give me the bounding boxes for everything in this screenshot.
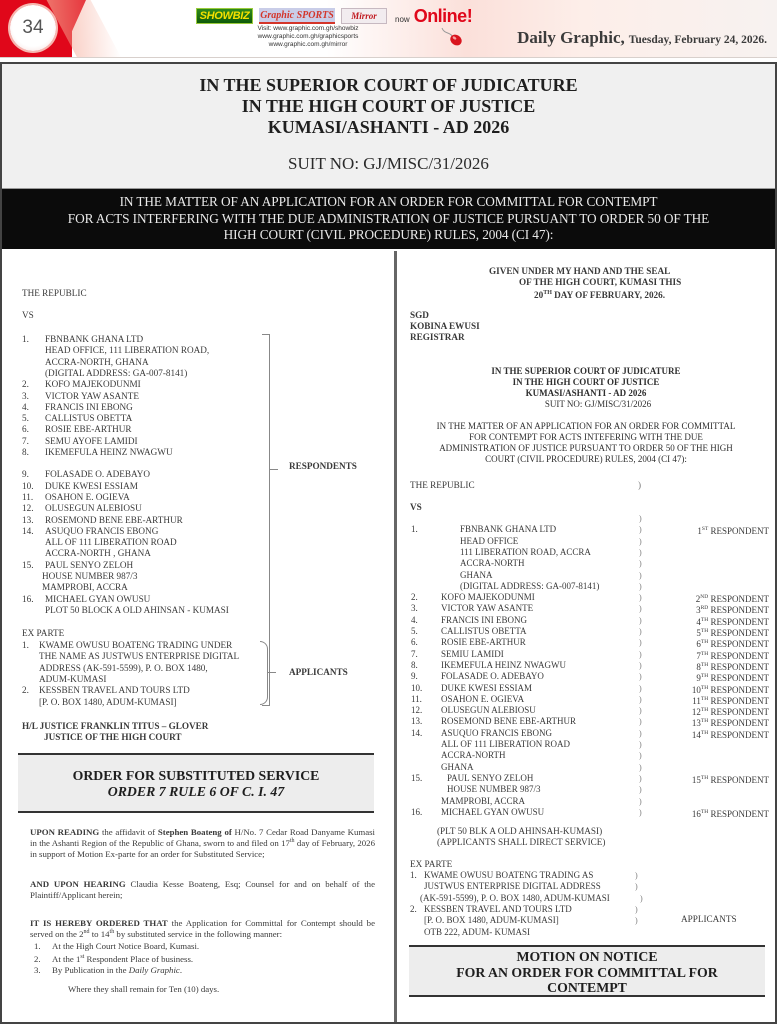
applicants-bracket [260, 641, 268, 705]
r-respondent-row: ) [411, 513, 775, 524]
r-respondent-row: GHANA) [411, 762, 775, 773]
respondent-text: ACCRA-NORTH, GHANA [45, 357, 149, 367]
respondent-line: 16.MICHAEL GYAN OWUSU [22, 594, 150, 605]
r-bracket: ) [639, 592, 642, 603]
upon-reading-lead: UPON READING [30, 827, 99, 837]
computer-mouse-icon [440, 24, 464, 48]
r-respondent-row: 7.SEMIU LAMIDI)7TH RESPONDENT [411, 649, 775, 660]
respondent-text: OLUSEGUN ALEBIOSU [45, 503, 142, 513]
judge-name: H/L JUSTICE FRANKLIN TITUS – GLOVER [22, 721, 208, 732]
r-bracket: ) [639, 637, 642, 648]
r-respondent-text: ASUQUO FRANCIS EBONG [441, 728, 552, 739]
item-number: 13. [22, 515, 45, 526]
r-suit-number: SUIT NO: GJ/MISC/31/2026 [397, 399, 775, 410]
court-line-superior: IN THE SUPERIOR COURT OF JUDICATURE [2, 75, 775, 96]
given-line-3: 20TH DAY OF FEBRUARY, 2026. [534, 288, 665, 301]
sister-publication-logos: SHOWBIZ Graphic SPORTS Mirror now Online… [196, 7, 472, 25]
applicant-line: [P. O. BOX 1480, ADUM-KUMASI] [22, 697, 177, 708]
motion-column: GIVEN UNDER MY HAND AND THE SEAL OF THE … [397, 251, 775, 1022]
given-day: 20 [534, 290, 543, 300]
r-bracket: ) [639, 660, 642, 671]
item-text: By Publication in the [52, 965, 129, 975]
respondent-text: VICTOR YAW ASANTE [45, 391, 139, 401]
service-item: 2.At the 1st Respondent Place of busines… [34, 952, 199, 965]
item-number: 2. [22, 685, 39, 696]
r-respondent-text: FBNBANK GHANA LTD [460, 524, 556, 535]
r-bracket: ) [639, 558, 642, 569]
respondent-line: 2.KOFO MAJEKODUNMI [22, 379, 141, 390]
suit-number: SUIT NO: GJ/MISC/31/2026 [2, 154, 775, 174]
motion-line: MOTION ON NOTICE [409, 949, 765, 965]
court-line-location: KUMASI/ASHANTI - AD 2026 [2, 117, 775, 138]
respondent-text: HOUSE NUMBER 987/3 [42, 571, 137, 581]
item-number: 7. [411, 649, 418, 660]
registrar-title: REGISTRAR [410, 332, 465, 343]
respondent-text: HEAD OFFICE, 111 LIBERATION ROAD, [45, 345, 209, 355]
matter-line: IN THE MATTER OF AN APPLICATION FOR AN O… [2, 194, 775, 211]
r-applicant-text: (AK-591-5599), P. O. BOX 1480, ADUM-KUMA… [420, 893, 610, 904]
respondent-text: CALLISTUS OBETTA [45, 413, 132, 423]
role-number: 16 [692, 809, 701, 819]
item-number: 4. [22, 402, 45, 413]
registrar-name: KOBINA EWUSI [410, 321, 480, 332]
r-respondent-text: HEAD OFFICE [460, 536, 518, 547]
item-number: 16. [22, 594, 45, 605]
r-respondent-text: PAUL SENYO ZELOH [447, 773, 533, 784]
r-bracket: ) [639, 762, 642, 773]
item-number: 10. [22, 481, 45, 492]
item-number: 2. [22, 379, 45, 390]
r-court-line: IN THE HIGH COURT OF JUSTICE [397, 377, 775, 388]
item-number: 15. [411, 773, 422, 784]
respondent-text: OSAHON E. OGIEVA [45, 492, 130, 502]
respondent-text: KOFO MAJEKODUNMI [45, 379, 141, 389]
applicant-text: ADDRESS (AK-591-5599), P. O. BOX 1480, [39, 663, 208, 673]
item-number: 11. [22, 492, 45, 503]
applicant-line: ADUM-KUMASI [22, 674, 106, 685]
r-bracket: ) [635, 870, 638, 881]
item-number: 12. [22, 503, 45, 514]
r-applicant-row: 1.KWAME OWUSU BOATENG TRADING AS) [410, 870, 775, 881]
r-bracket: ) [639, 694, 642, 705]
item-number: 9. [22, 469, 45, 480]
respondent-line: (DIGITAL ADDRESS: GA-007-8141) [22, 368, 187, 379]
item-text: Respondent Place of business. [84, 954, 193, 964]
applicant-text: KESSBEN TRAVEL AND TOURS LTD [39, 685, 190, 695]
matter-line: FOR ACTS INTERFERING WITH THE DUE ADMINI… [2, 211, 775, 228]
r-applicant-row: JUSTWUS ENTERPRISE DIGITAL ADDRESS) [410, 881, 775, 892]
r-bracket: ) [635, 904, 638, 915]
item-number: 5. [22, 413, 45, 424]
r-respondent-row: (DIGITAL ADDRESS: GA-007-8141)) [411, 581, 775, 592]
r-applicant-text: KWAME OWUSU BOATENG TRADING AS [424, 870, 593, 881]
graphic-sports-logo: Graphic SPORTS [259, 8, 335, 24]
r-respondent-row: ALL OF 111 LIBERATION ROAD) [411, 739, 775, 750]
item-number: 6. [22, 424, 45, 435]
r-bracket: ) [639, 547, 642, 558]
item-number: 1. [22, 334, 45, 345]
respondent-text: FRANCIS INI EBONG [45, 402, 133, 412]
given-month-year: DAY OF FEBRUARY, 2026. [552, 290, 665, 300]
item-number: 5. [411, 626, 418, 637]
r-respondent-row: 15.PAUL SENYO ZELOH)15TH RESPONDENT [411, 773, 775, 784]
applicant-line: 1.KWAME OWUSU BOATENG TRADING UNDER [22, 640, 232, 651]
r-bracket: ) [639, 705, 642, 716]
item-number: 3. [411, 603, 418, 614]
r-respondent-row: ACCRA-NORTH) [411, 750, 775, 761]
r-respondent-text: ACCRA-NORTH [441, 750, 505, 761]
applicant-line: 2.KESSBEN TRAVEL AND TOURS LTD [22, 685, 190, 696]
item-number: 14. [22, 526, 45, 537]
r-bracket: ) [639, 716, 642, 727]
respondent-line: ACCRA-NORTH , GHANA [22, 548, 151, 559]
r-bracket: ) [639, 796, 642, 807]
applicants-label: APPLICANTS [289, 667, 348, 678]
respondent-line: 11.OSAHON E. OGIEVA [22, 492, 130, 503]
respondents-label: RESPONDENTS [289, 461, 357, 472]
item-number: 11. [411, 694, 422, 705]
r-bracket: ) [640, 893, 643, 904]
item-number: 8. [411, 660, 418, 671]
r-matter-line: ADMINISTRATION OF JUSTICE PURSUANT TO OR… [397, 443, 775, 454]
order-heading: ORDER FOR SUBSTITUTED SERVICE ORDER 7 RU… [18, 753, 374, 813]
item-number: 12. [411, 705, 422, 716]
page-number: 34 [10, 5, 56, 51]
respondent-text: FOLASADE O. ADEBAYO [45, 469, 150, 479]
item-number: 1. [410, 870, 417, 881]
r-respondent-row: 3.VICTOR YAW ASANTE)3RD RESPONDENT [411, 603, 775, 614]
respondent-text: ROSEMOND BENE EBE-ARTHUR [45, 515, 183, 525]
respondent-line: 3.VICTOR YAW ASANTE [22, 391, 139, 402]
newspaper-masthead: 34 SHOWBIZ Graphic SPORTS Mirror now Onl… [0, 0, 777, 58]
paper-title-date: Daily Graphic, Tuesday, February 24, 202… [517, 28, 767, 48]
r-court-line: KUMASI/ASHANTI - AD 2026 [397, 388, 775, 399]
r-bracket: ) [639, 581, 642, 592]
r-respondent-row: 5.CALLISTUS OBETTA)5TH RESPONDENT [411, 626, 775, 637]
r-bracket: ) [639, 570, 642, 581]
mirror-logo: Mirror [341, 8, 387, 24]
r-respondent-text: GHANA [460, 570, 493, 581]
item-number: 6. [411, 637, 418, 648]
item-number: 3. [22, 391, 45, 402]
text-run: to 14 [90, 929, 110, 939]
item-number: 13. [411, 716, 422, 727]
given-line-2: OF THE HIGH COURT, KUMASI THIS [519, 277, 681, 288]
r-respondent-row: 111 LIBERATION ROAD, ACCRA) [411, 547, 775, 558]
r-respondent-row: 4.FRANCIS INI EBONG)4TH RESPONDENT [411, 615, 775, 626]
r-respondent-text: OSAHON E. OGIEVA [441, 694, 524, 705]
order-column: THE REPUBLIC VS 1.FBNBANK GHANA LTDHEAD … [2, 251, 394, 1022]
r-ex-parte-label: EX PARTE [410, 859, 452, 870]
r-bracket: ) [638, 480, 641, 491]
r-respondent-text: FOLASADE O. ADEBAYO [441, 671, 544, 682]
respondent-line: 5.CALLISTUS OBETTA [22, 413, 132, 424]
respondent-text: (DIGITAL ADDRESS: GA-007-8141) [45, 368, 187, 378]
order-title: ORDER FOR SUBSTITUTED SERVICE [18, 768, 374, 784]
r-bracket: ) [639, 513, 642, 524]
given-line-1: GIVEN UNDER MY HAND AND THE SEAL [489, 266, 670, 277]
r-respondent-row: 12.OLUSEGUN ALEBIOSU)12TH RESPONDENT [411, 705, 775, 716]
r-respondent-text: GHANA [441, 762, 474, 773]
r-applicant-row: OTB 222, ADUM- KUMASI [410, 927, 775, 938]
r-respondent-row: 1.FBNBANK GHANA LTD)1ST RESPONDENT [411, 524, 775, 535]
r-applicant-text: JUSTWUS ENTERPRISE DIGITAL ADDRESS [424, 881, 601, 892]
r-respondent-row: 9.FOLASADE O. ADEBAYO)9TH RESPONDENT [411, 671, 775, 682]
r-bracket: ) [639, 603, 642, 614]
respondent-line: 9.FOLASADE O. ADEBAYO [22, 469, 150, 480]
respondent-text: ALL OF 111 LIBERATION ROAD [45, 537, 177, 547]
item-number: 1. [411, 524, 418, 535]
item-number: 8. [22, 447, 45, 458]
court-notice: IN THE SUPERIOR COURT OF JUDICATURE IN T… [0, 62, 777, 1024]
service-item: 1.At the High Court Notice Board, Kumasi… [34, 941, 199, 952]
upon-reading-paragraph: UPON READING the affidavit of Stephen Bo… [30, 827, 375, 860]
r-matter-line: IN THE MATTER OF AN APPLICATION FOR AN O… [397, 421, 775, 432]
item-number: 3. [34, 965, 52, 976]
respondent-text: IKEMEFULA HEINZ NWAGWU [45, 447, 173, 457]
showbiz-logo: SHOWBIZ [196, 8, 253, 24]
r-respondent-row: HOUSE NUMBER 987/3) [411, 784, 775, 795]
respondent-line: 15.PAUL SENYO ZELOH [22, 560, 133, 571]
r-respondent-row: 10.DUKE KWESI ESSIAM)10TH RESPONDENT [411, 683, 775, 694]
order-subtitle: ORDER 7 RULE 6 OF C. I. 47 [18, 784, 374, 800]
item-number: 2. [411, 592, 418, 603]
r-respondent-row: HEAD OFFICE) [411, 536, 775, 547]
r-respondent-row: 11.OSAHON E. OGIEVA)11TH RESPONDENT [411, 694, 775, 705]
now-label: now [395, 15, 410, 24]
service-manner-list: 1.At the High Court Notice Board, Kumasi… [34, 941, 199, 976]
r-bracket: ) [639, 750, 642, 761]
respondent-line: MAMPROBI, ACCRA [42, 582, 128, 593]
matter-banner: IN THE MATTER OF AN APPLICATION FOR AN O… [2, 189, 775, 249]
r-respondent-text: ROSEMOND BENE EBE-ARTHUR [441, 716, 576, 727]
applicant-text: THE NAME AS JUSTWUS ENTERPRISE DIGITAL [39, 651, 239, 661]
paper-name: Daily Graphic, [517, 28, 625, 47]
r-respondent-row: 2.KOFO MAJEKODUNMI)2ND RESPONDENT [411, 592, 775, 603]
r-respondent-text: DUKE KWESI ESSIAM [441, 683, 532, 694]
r-matter-line: COURT (CIVIL PROCEDURE) RULES, 2004 (CI … [397, 454, 775, 465]
respondent-line: HEAD OFFICE, 111 LIBERATION ROAD, [22, 345, 209, 356]
respondent-text: ROSIE EBE-ARTHUR [45, 424, 131, 434]
r-bracket: ) [639, 683, 642, 694]
r-respondent-row: 13.ROSEMOND BENE EBE-ARTHUR)13TH RESPOND… [411, 716, 775, 727]
respondent-line: 6.ROSIE EBE-ARTHUR [22, 424, 131, 435]
item-number: 2. [410, 904, 417, 915]
ordinal-sup: TH [543, 290, 552, 296]
respondent-text: MICHAEL GYAN OWUSU [45, 594, 150, 604]
r-bracket: ) [635, 915, 638, 926]
respondent-text: FBNBANK GHANA LTD [45, 334, 143, 344]
r-respondent-text: KOFO MAJEKODUNMI [441, 592, 535, 603]
visit-urls: Visit: www.graphic.com.gh/showbiz www.gr… [228, 25, 388, 49]
respondent-text: ACCRA-NORTH , GHANA [45, 548, 151, 558]
r-party-republic: THE REPUBLIC [410, 480, 475, 491]
deponent-name: Stephen Boateng of [158, 827, 232, 837]
r-respondent-text: 111 LIBERATION ROAD, ACCRA [460, 547, 591, 558]
item-number: 14. [411, 728, 422, 739]
r-bracket: ) [639, 671, 642, 682]
r-respondent-text: ACCRA-NORTH [460, 558, 524, 569]
respondent-text: ASUQUO FRANCIS EBONG [45, 526, 158, 536]
r-applicant-text: OTB 222, ADUM- KUMASI [424, 927, 530, 938]
visit-url-mirror: www.graphic.com.gh/mirror [228, 41, 388, 49]
respondent-line: 12.OLUSEGUN ALEBIOSU [22, 503, 142, 514]
r-respondent-row: GHANA) [411, 570, 775, 581]
r-respondent-text: IKEMEFULA HEINZ NWAGWU [441, 660, 566, 671]
r-respondent-text: CALLISTUS OBETTA [441, 626, 527, 637]
judge-title: JUSTICE OF THE HIGH COURT [44, 732, 182, 743]
r-respondent-text: MAMPROBI, ACCRA [441, 796, 525, 807]
newspaper-name: Daily Graphic [129, 965, 180, 975]
bracket-tick [268, 672, 276, 673]
r-applicant-text: KESSBEN TRAVEL AND TOURS LTD [424, 904, 572, 915]
signed-label: SGD [410, 310, 429, 321]
r-applicant-text: [P. O. BOX 1480, ADUM-KUMASI] [424, 915, 559, 926]
applicant-text: ADUM-KUMASI [39, 674, 106, 684]
r-respondent-row: 6.ROSIE EBE-ARTHUR)6TH RESPONDENT [411, 637, 775, 648]
r-address-16: (PLT 50 BLK A OLD AHINSAH-KUMASI) [437, 826, 602, 837]
r-bracket: ) [639, 524, 642, 535]
r-respondent-text: OLUSEGUN ALEBIOSU [441, 705, 536, 716]
r-respondent-row: MAMPROBI, ACCRA) [411, 796, 775, 807]
respondent-text: PLOT 50 BLOCK A OLD AHINSAN - KUMASI [45, 605, 229, 615]
respondent-line: 1.FBNBANK GHANA LTD [22, 334, 143, 345]
r-respondent-text: VICTOR YAW ASANTE [441, 603, 533, 614]
duration-note: Where they shall remain for Ten (10) day… [68, 984, 219, 994]
service-item: 3.By Publication in the Daily Graphic. [34, 965, 199, 976]
r-bracket: ) [639, 807, 642, 818]
r-bracket: ) [639, 784, 642, 795]
respondent-text: MAMPROBI, ACCRA [42, 582, 128, 592]
r-respondent-row: 14.ASUQUO FRANCIS EBONG)14TH RESPONDENT [411, 728, 775, 739]
r-respondent-row: ACCRA-NORTH) [411, 558, 775, 569]
respondent-line: ACCRA-NORTH, GHANA [22, 357, 149, 368]
item-number: 1. [22, 640, 39, 651]
r-respondent-text: ROSIE EBE-ARTHUR [441, 637, 526, 648]
text-run: by substituted service in the following … [114, 929, 282, 939]
visit-url-sports: www.graphic.com.gh/graphicsports [228, 33, 388, 41]
ordered-lead: IT IS HEREBY ORDERED THAT [30, 918, 168, 928]
order-paragraph: IT IS HEREBY ORDERED THAT the Applicatio… [30, 918, 375, 940]
visit-url-showbiz: Visit: www.graphic.com.gh/showbiz [228, 25, 388, 33]
applicant-line: ADDRESS (AK-591-5599), P. O. BOX 1480, [22, 663, 208, 674]
r-respondent-text: HOUSE NUMBER 987/3 [447, 784, 541, 795]
issue-date: Tuesday, February 24, 2026. [629, 34, 767, 46]
matter-line: HIGH COURT (CIVIL PROCEDURE) RULES, 2004… [2, 227, 775, 244]
r-bracket: ) [639, 615, 642, 626]
r-respondent-text: SEMIU LAMIDI [441, 649, 504, 660]
r-applicants-label: APPLICANTS [681, 914, 737, 925]
r-respondent-text: (DIGITAL ADDRESS: GA-007-8141) [460, 581, 599, 592]
applicant-text: [P. O. BOX 1480, ADUM-KUMASI] [39, 697, 177, 707]
item-number: 2. [34, 954, 52, 965]
item-number: 1. [34, 941, 52, 952]
party-republic: THE REPUBLIC [22, 288, 87, 299]
r-matter-line: FOR CONTEMPT FOR ACTS INTEFERING WITH TH… [397, 432, 775, 443]
item-number: 7. [22, 436, 45, 447]
respondent-line: ALL OF 111 LIBERATION ROAD [22, 537, 177, 548]
applicant-text: KWAME OWUSU BOATENG TRADING UNDER [39, 640, 232, 650]
motion-line: FOR AN ORDER FOR COMMITTAL FOR [409, 965, 765, 981]
r-respondent-text: ALL OF 111 LIBERATION ROAD [441, 739, 570, 750]
item-number: 15. [22, 560, 45, 571]
motion-line: CONTEMPT [409, 980, 765, 996]
item-text: At the High Court Notice Board, Kumasi. [52, 941, 199, 951]
r-bracket: ) [639, 649, 642, 660]
r-respondent-row: 8.IKEMEFULA HEINZ NWAGWU)8TH RESPONDENT [411, 660, 775, 671]
r-court-line: IN THE SUPERIOR COURT OF JUDICATURE [397, 366, 775, 377]
applicant-line: THE NAME AS JUSTWUS ENTERPRISE DIGITAL [22, 651, 239, 662]
respondent-line: 7.SEMU AYOFE LAMIDI [22, 436, 138, 447]
upon-hearing-paragraph: AND UPON HEARING Claudia Kesse Boateng, … [30, 879, 375, 901]
item-text: At the 1 [52, 954, 80, 964]
r-bracket: ) [639, 626, 642, 637]
bracket-tick [270, 469, 278, 470]
respondent-line: 14.ASUQUO FRANCIS EBONG [22, 526, 158, 537]
respondent-line: 8.IKEMEFULA HEINZ NWAGWU [22, 447, 173, 458]
r-bracket: ) [639, 536, 642, 547]
court-header: IN THE SUPERIOR COURT OF JUDICATURE IN T… [2, 64, 775, 189]
respondent-line: HOUSE NUMBER 987/3 [42, 571, 137, 582]
item-text: . [180, 965, 182, 975]
ex-parte-label: EX PARTE [22, 628, 64, 639]
r-applicant-row: (AK-591-5599), P. O. BOX 1480, ADUM-KUMA… [410, 893, 775, 904]
r-bracket: ) [639, 728, 642, 739]
respondent-text: DUKE KWESI ESSIAM [45, 481, 138, 491]
r-bracket: ) [639, 739, 642, 750]
respondent-line: 4.FRANCIS INI EBONG [22, 402, 133, 413]
r-service-note: (APPLICANTS SHALL DIRECT SERVICE) [437, 837, 605, 848]
respondent-role: 16TH RESPONDENT [669, 807, 769, 820]
r-versus-label: VS [410, 502, 422, 513]
upon-hearing-lead: AND UPON HEARING [30, 879, 126, 889]
r-respondent-text: MICHAEL GYAN OWUSU [441, 807, 544, 818]
respondent-line: 10.DUKE KWESI ESSIAM [22, 481, 138, 492]
r-bracket: ) [639, 773, 642, 784]
text-run: the affidavit of [99, 827, 158, 837]
respondent-text: SEMU AYOFE LAMIDI [45, 436, 138, 446]
r-bracket: ) [635, 881, 638, 892]
r-respondent-text: FRANCIS INI EBONG [441, 615, 527, 626]
court-line-high: IN THE HIGH COURT OF JUSTICE [2, 96, 775, 117]
respondent-line: PLOT 50 BLOCK A OLD AHINSAN - KUMASI [45, 605, 229, 616]
r-respondent-row: 16.MICHAEL GYAN OWUSU)16TH RESPONDENT [411, 807, 775, 818]
item-number: 4. [411, 615, 418, 626]
role-text: RESPONDENT [708, 809, 769, 819]
item-number: 16. [411, 807, 422, 818]
item-number: 9. [411, 671, 418, 682]
motion-heading: MOTION ON NOTICE FOR AN ORDER FOR COMMIT… [409, 945, 765, 997]
item-number: 10. [411, 683, 422, 694]
respondent-line: 13.ROSEMOND BENE EBE-ARTHUR [22, 515, 183, 526]
versus-label: VS [22, 310, 34, 321]
respondent-text: PAUL SENYO ZELOH [45, 560, 133, 570]
